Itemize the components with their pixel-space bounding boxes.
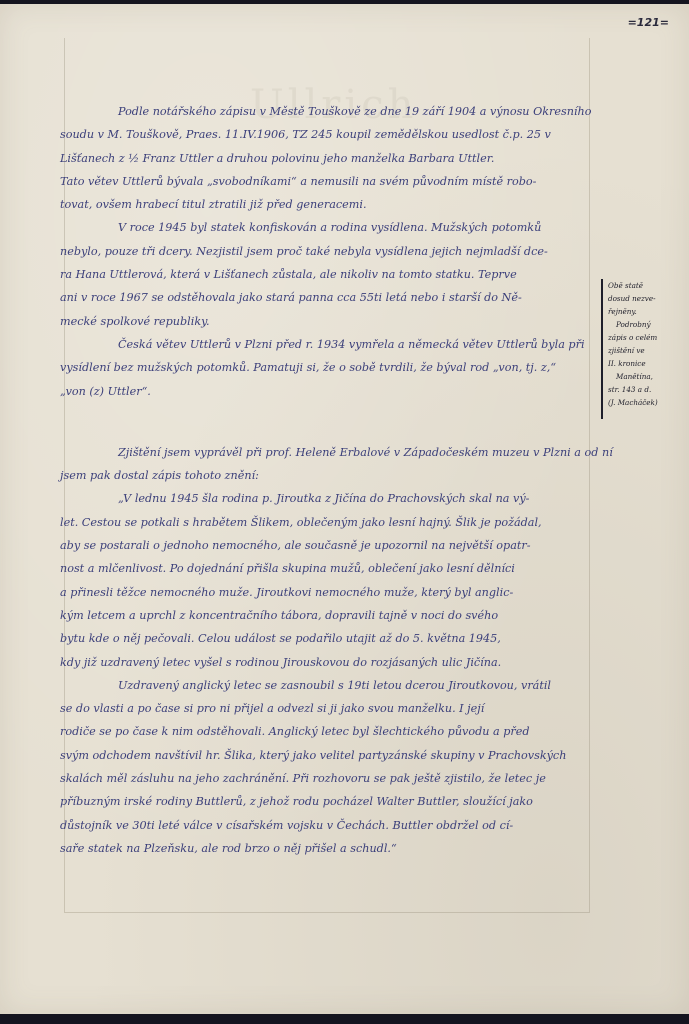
text-line: aby se postarali o jednoho nemocného, al… [60, 534, 600, 557]
text-line: V roce 1945 byl statek konfiskován a rod… [60, 216, 600, 239]
text-line: ra Hana Uttlerová, která v Lišťanech zůs… [60, 263, 600, 286]
text-line: tovat, ovšem hrabecí titul ztratili již … [60, 193, 600, 216]
paragraph-findings: Zjištění jsem vyprávěl při prof. Heleně … [60, 441, 600, 488]
margin-note-line: zápis o celém [608, 331, 687, 344]
text-line: a přinesli těžce nemocného muže. Jiroutk… [60, 581, 600, 604]
text-line: Uzdravený anglický letec se zasnoubil s … [60, 674, 600, 697]
text-line: mecké spolkové republiky. [60, 310, 600, 333]
paragraph-czech-branch: Česká větev Uttlerů v Plzni před r. 1934… [60, 333, 600, 403]
margin-note: Obě statě dosud nezve- řejněny. Podrobný… [601, 279, 687, 419]
margin-note-line: zjištění ve [608, 344, 687, 357]
text-line: vysídlení bez mužských potomků. Pamatuji… [60, 356, 600, 379]
margin-note-line: (J. Macháček) [608, 396, 687, 409]
margin-note-line: řejněny. [608, 305, 687, 318]
text-line: svým odchodem navštívil hr. Šlika, který… [60, 744, 600, 767]
text-line: kdy již uzdravený letec vyšel s rodinou … [60, 651, 600, 674]
paragraph-notary-record: Podle notářského zápisu v Městě Touškově… [60, 100, 600, 216]
text-line: let. Cestou se potkali s hrabětem Šlikem… [60, 511, 600, 534]
margin-note-line: II. kronice [608, 357, 687, 370]
text-line: bytu kde o něj pečovali. Celou událost s… [60, 627, 600, 650]
handwritten-body: Podle notářského zápisu v Městě Touškově… [60, 100, 600, 860]
text-line: saře statek na Plzeňsku, ale rod brzo o … [60, 837, 600, 860]
text-line: Zjištění jsem vyprávěl při prof. Heleně … [60, 441, 600, 464]
text-line: důstojník ve 30ti leté válce v císařském… [60, 814, 600, 837]
margin-note-line: Podrobný [608, 318, 687, 331]
text-line: Podle notářského zápisu v Městě Touškově… [60, 100, 600, 123]
document-page: Ullrich =121= Podle notářského zápisu v … [0, 4, 689, 1014]
text-line: Česká větev Uttlerů v Plzni před r. 1934… [60, 333, 600, 356]
text-line: „V lednu 1945 šla rodina p. Jiroutka z J… [60, 487, 600, 510]
text-line: skalách měl zásluhu na jeho zachránění. … [60, 767, 600, 790]
margin-note-line: str. 143 a d. [608, 383, 687, 396]
text-line: se do vlasti a po čase si pro ni přijel … [60, 697, 600, 720]
text-line: „von (z) Uttler“. [60, 380, 600, 403]
paragraph-gap [60, 403, 600, 441]
paragraph-quote-january-1945: „V lednu 1945 šla rodina p. Jiroutka z J… [60, 487, 600, 673]
paragraph-confiscation: V roce 1945 byl statek konfiskován a rod… [60, 216, 600, 332]
text-line: kým letcem a uprchl z koncentračního táb… [60, 604, 600, 627]
text-line: ani v roce 1967 se odstěhovala jako star… [60, 286, 600, 309]
text-line: jsem pak dostal zápis tohoto znění: [60, 464, 600, 487]
text-line: rodiče se po čase k nim odstěhovali. Ang… [60, 720, 600, 743]
text-line: příbuzným irské rodiny Buttlerů, z jehož… [60, 790, 600, 813]
margin-note-line: Manětína, [608, 370, 687, 383]
text-line: Tato větev Uttlerů bývala „svobodníkami“… [60, 170, 600, 193]
page-number: =121= [628, 16, 669, 29]
paragraph-english-airman: Uzdravený anglický letec se zasnoubil s … [60, 674, 600, 860]
margin-note-line: Obě statě [608, 279, 687, 292]
text-line: Lišťanech z ½ Franz Uttler a druhou polo… [60, 147, 600, 170]
text-line: soudu v M. Touškově, Praes. 11.IV.1906, … [60, 123, 600, 146]
margin-note-line: dosud nezve- [608, 292, 687, 305]
text-line: nost a mlčenlivost. Po dojednání přišla … [60, 557, 600, 580]
text-line: nebylo, pouze tři dcery. Nezjistil jsem … [60, 240, 600, 263]
